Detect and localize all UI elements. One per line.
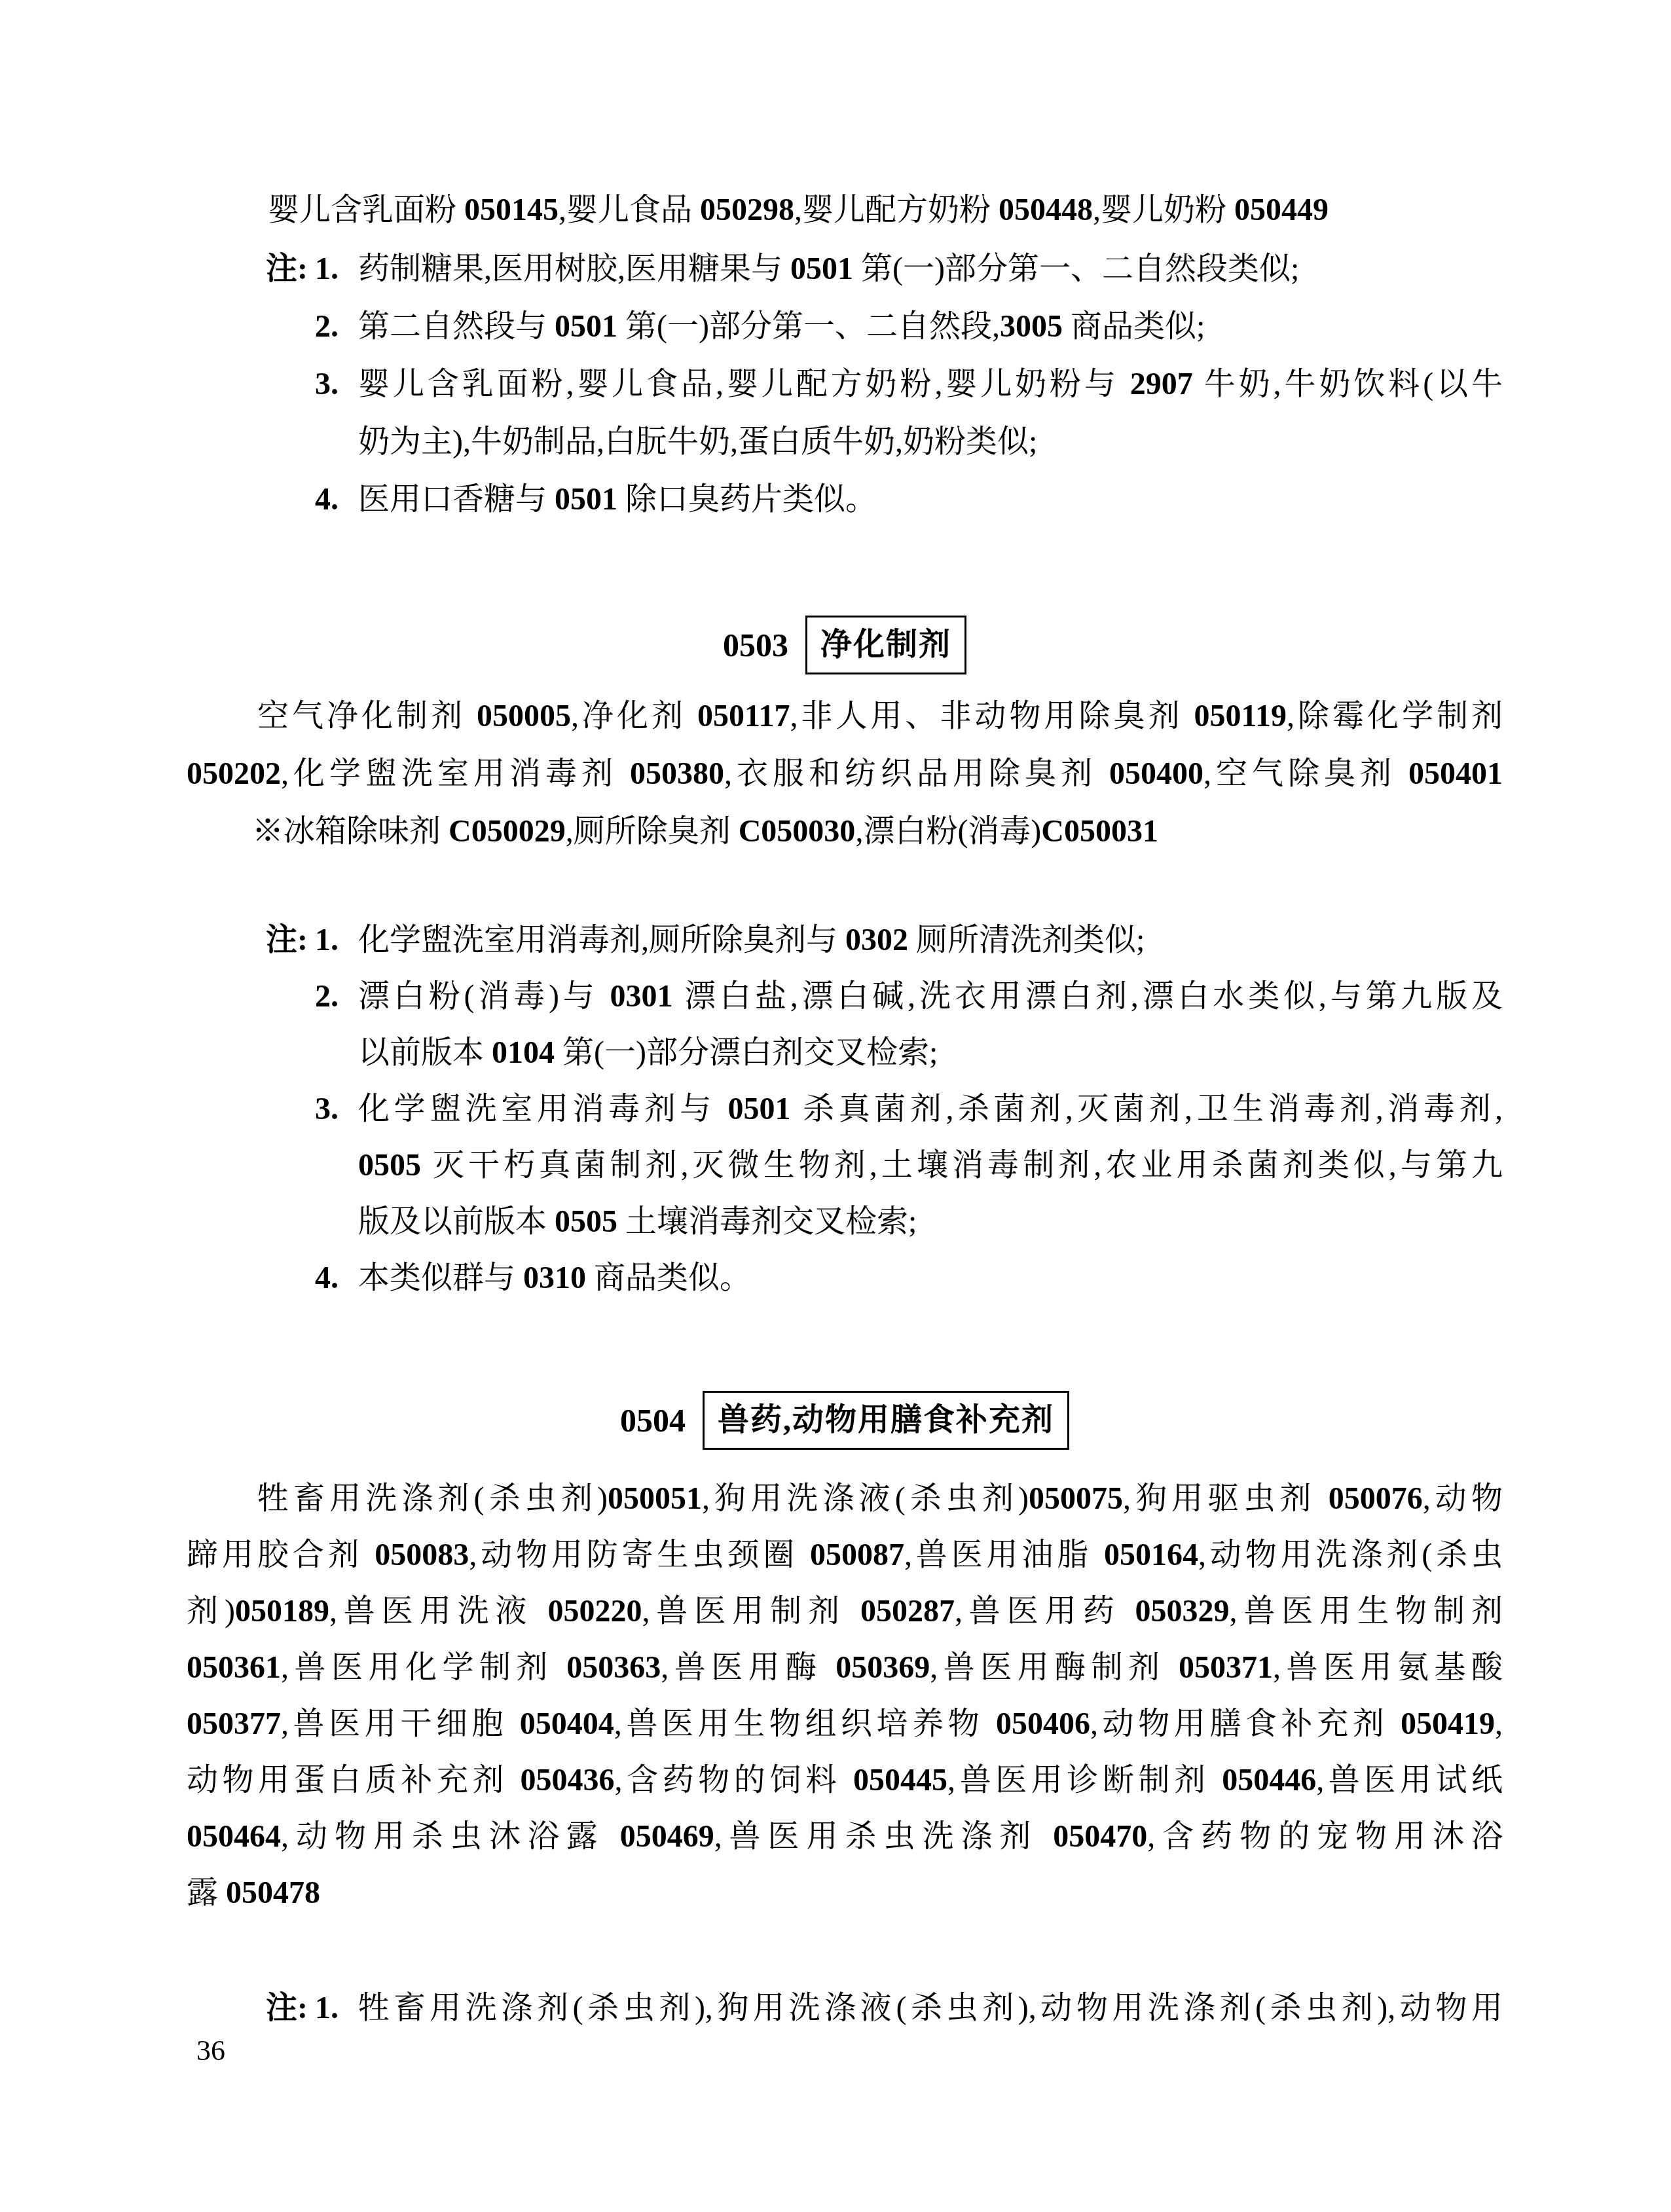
note-text: 本类似群与 0310 商品类似。: [358, 1250, 1503, 1306]
text-line: 婴儿含乳面粉 050145,婴儿食品 050298,婴儿配方奶粉 050448,…: [268, 181, 1503, 239]
note-number: 4.: [315, 471, 339, 528]
note-text: 奶为主),牛奶制品,白朊牛奶,蛋白质牛奶,奶粉类似;: [358, 413, 1503, 471]
note-number: 3.: [315, 356, 339, 413]
body-0503: 空气净化制剂 050005,净化剂 050117,非人用、非动物用除臭剂 050…: [187, 688, 1503, 860]
note-line: 4. 医用口香糖与 0501 除口臭药片类似。: [187, 471, 1503, 528]
note-number: 2.: [315, 298, 339, 356]
notes-label: 注:: [266, 1980, 308, 2037]
text-line: 动物用蛋白质补充剂 050436,含药物的饲料 050445,兽医用诊断制剂 0…: [187, 1752, 1503, 1809]
note-text: 婴儿含乳面粉,婴儿食品,婴儿配方奶粉,婴儿奶粉与 2907 牛奶,牛奶饮料(以牛: [358, 356, 1503, 413]
note-text: 以前版本 0104 第(一)部分漂白剂交叉检索;: [358, 1025, 1503, 1081]
notes-block-0502: 注: 1. 药制糖果,医用树胶,医用糖果与 0501 第(一)部分第一、二自然段…: [187, 240, 1503, 528]
note-text: 化学盥洗室用消毒剂,厕所除臭剂与 0302 厕所清洗剂类似;: [358, 912, 1503, 968]
note-text: 版及以前版本 0505 土壤消毒剂交叉检索;: [358, 1194, 1503, 1250]
note-text: 医用口香糖与 0501 除口臭药片类似。: [358, 471, 1503, 528]
document-page: 婴儿含乳面粉 050145,婴儿食品 050298,婴儿配方奶粉 050448,…: [0, 0, 1671, 2212]
note-line: 注: 1. 化学盥洗室用消毒剂,厕所除臭剂与 0302 厕所清洗剂类似;: [187, 912, 1503, 968]
text-line: 蹄用胶合剂 050083,动物用防寄生虫颈圈 050087,兽医用油脂 0501…: [187, 1527, 1503, 1583]
text-line: 露 050478: [187, 1865, 1503, 1921]
section-title-box: 净化制剂: [805, 616, 966, 674]
note-line: 0505 灭干朽真菌制剂,灭微生物剂,土壤消毒制剂,农业用杀菌剂类似,与第九: [187, 1137, 1503, 1194]
note-line: 3. 化学盥洗室用消毒剂与 0501 杀真菌剂,杀菌剂,灭菌剂,卫生消毒剂,消毒…: [187, 1081, 1503, 1137]
note-text: 第二自然段与 0501 第(一)部分第一、二自然段,3005 商品类似;: [358, 298, 1503, 356]
page-number: 36: [196, 2031, 225, 2071]
note-text: 药制糖果,医用树胶,医用糖果与 0501 第(一)部分第一、二自然段类似;: [358, 240, 1503, 298]
note-line: 注: 1. 药制糖果,医用树胶,医用糖果与 0501 第(一)部分第一、二自然段…: [187, 240, 1503, 298]
notes-label: 注:: [266, 912, 308, 968]
note-line: 4. 本类似群与 0310 商品类似。: [187, 1250, 1503, 1306]
note-number: 3.: [315, 1081, 339, 1137]
text-line: 050202,化学盥洗室用消毒剂 050380,衣服和纺织品用除臭剂 05040…: [187, 745, 1503, 803]
note-line: 3. 婴儿含乳面粉,婴儿食品,婴儿配方奶粉,婴儿奶粉与 2907 牛奶,牛奶饮料…: [187, 356, 1503, 413]
body-0504: 牲畜用洗涤剂(杀虫剂)050051,狗用洗涤液(杀虫剂)050075,狗用驱虫剂…: [187, 1471, 1503, 1921]
note-line: 版及以前版本 0505 土壤消毒剂交叉检索;: [187, 1194, 1503, 1250]
text-line: 牲畜用洗涤剂(杀虫剂)050051,狗用洗涤液(杀虫剂)050075,狗用驱虫剂…: [257, 1471, 1503, 1527]
notes-block-0503: 注: 1. 化学盥洗室用消毒剂,厕所除臭剂与 0302 厕所清洗剂类似; 2. …: [187, 912, 1503, 1306]
intro-paragraph: 婴儿含乳面粉 050145,婴儿食品 050298,婴儿配方奶粉 050448,…: [187, 181, 1503, 239]
text-line: 050464,动物用杀虫沐浴露 050469,兽医用杀虫洗涤剂 050470,含…: [187, 1809, 1503, 1865]
note-text: 漂白粉(消毒)与 0301 漂白盐,漂白碱,洗衣用漂白剂,漂白水类似,与第九版及: [358, 968, 1503, 1025]
text-line: 050377,兽医用干细胞 050404,兽医用生物组织培养物 050406,动…: [187, 1696, 1503, 1752]
notes-block-0504: 注: 1. 牲畜用洗涤剂(杀虫剂),狗用洗涤液(杀虫剂),动物用洗涤剂(杀虫剂)…: [187, 1980, 1503, 2037]
text-line: 空气净化制剂 050005,净化剂 050117,非人用、非动物用除臭剂 050…: [257, 688, 1503, 745]
note-text: 化学盥洗室用消毒剂与 0501 杀真菌剂,杀菌剂,灭菌剂,卫生消毒剂,消毒剂,: [358, 1081, 1503, 1137]
note-number: 1.: [315, 1980, 339, 2037]
section-title-box: 兽药,动物用膳食补充剂: [703, 1391, 1069, 1450]
note-line: 以前版本 0104 第(一)部分漂白剂交叉检索;: [187, 1025, 1503, 1081]
note-number: 2.: [315, 968, 339, 1025]
note-text: 牲畜用洗涤剂(杀虫剂),狗用洗涤液(杀虫剂),动物用洗涤剂(杀虫剂),动物用: [358, 1980, 1503, 2037]
text-line: 050361,兽医用化学制剂 050363,兽医用酶 050369,兽医用酶制剂…: [187, 1640, 1503, 1696]
note-number: 1.: [315, 240, 339, 298]
note-number: 1.: [315, 912, 339, 968]
note-line: 奶为主),牛奶制品,白朊牛奶,蛋白质牛奶,奶粉类似;: [187, 413, 1503, 471]
notes-label: 注:: [266, 240, 308, 298]
text-line: ※冰箱除味剂 C050029,厕所除臭剂 C050030,漂白粉(消毒)C050…: [252, 803, 1503, 860]
text-line: 剂)050189,兽医用洗液 050220,兽医用制剂 050287,兽医用药 …: [187, 1583, 1503, 1640]
section-header-0503: 0503 净化制剂: [187, 616, 1503, 674]
note-number: 4.: [315, 1250, 339, 1306]
note-line: 2. 漂白粉(消毒)与 0301 漂白盐,漂白碱,洗衣用漂白剂,漂白水类似,与第…: [187, 968, 1503, 1025]
note-line: 注: 1. 牲畜用洗涤剂(杀虫剂),狗用洗涤液(杀虫剂),动物用洗涤剂(杀虫剂)…: [187, 1980, 1503, 2037]
note-text: 0505 灭干朽真菌制剂,灭微生物剂,土壤消毒制剂,农业用杀菌剂类似,与第九: [358, 1137, 1503, 1194]
section-code: 0503: [723, 616, 788, 674]
section-header-0504: 0504 兽药,动物用膳食补充剂: [187, 1391, 1503, 1450]
section-code: 0504: [620, 1391, 686, 1450]
note-line: 2. 第二自然段与 0501 第(一)部分第一、二自然段,3005 商品类似;: [187, 298, 1503, 356]
